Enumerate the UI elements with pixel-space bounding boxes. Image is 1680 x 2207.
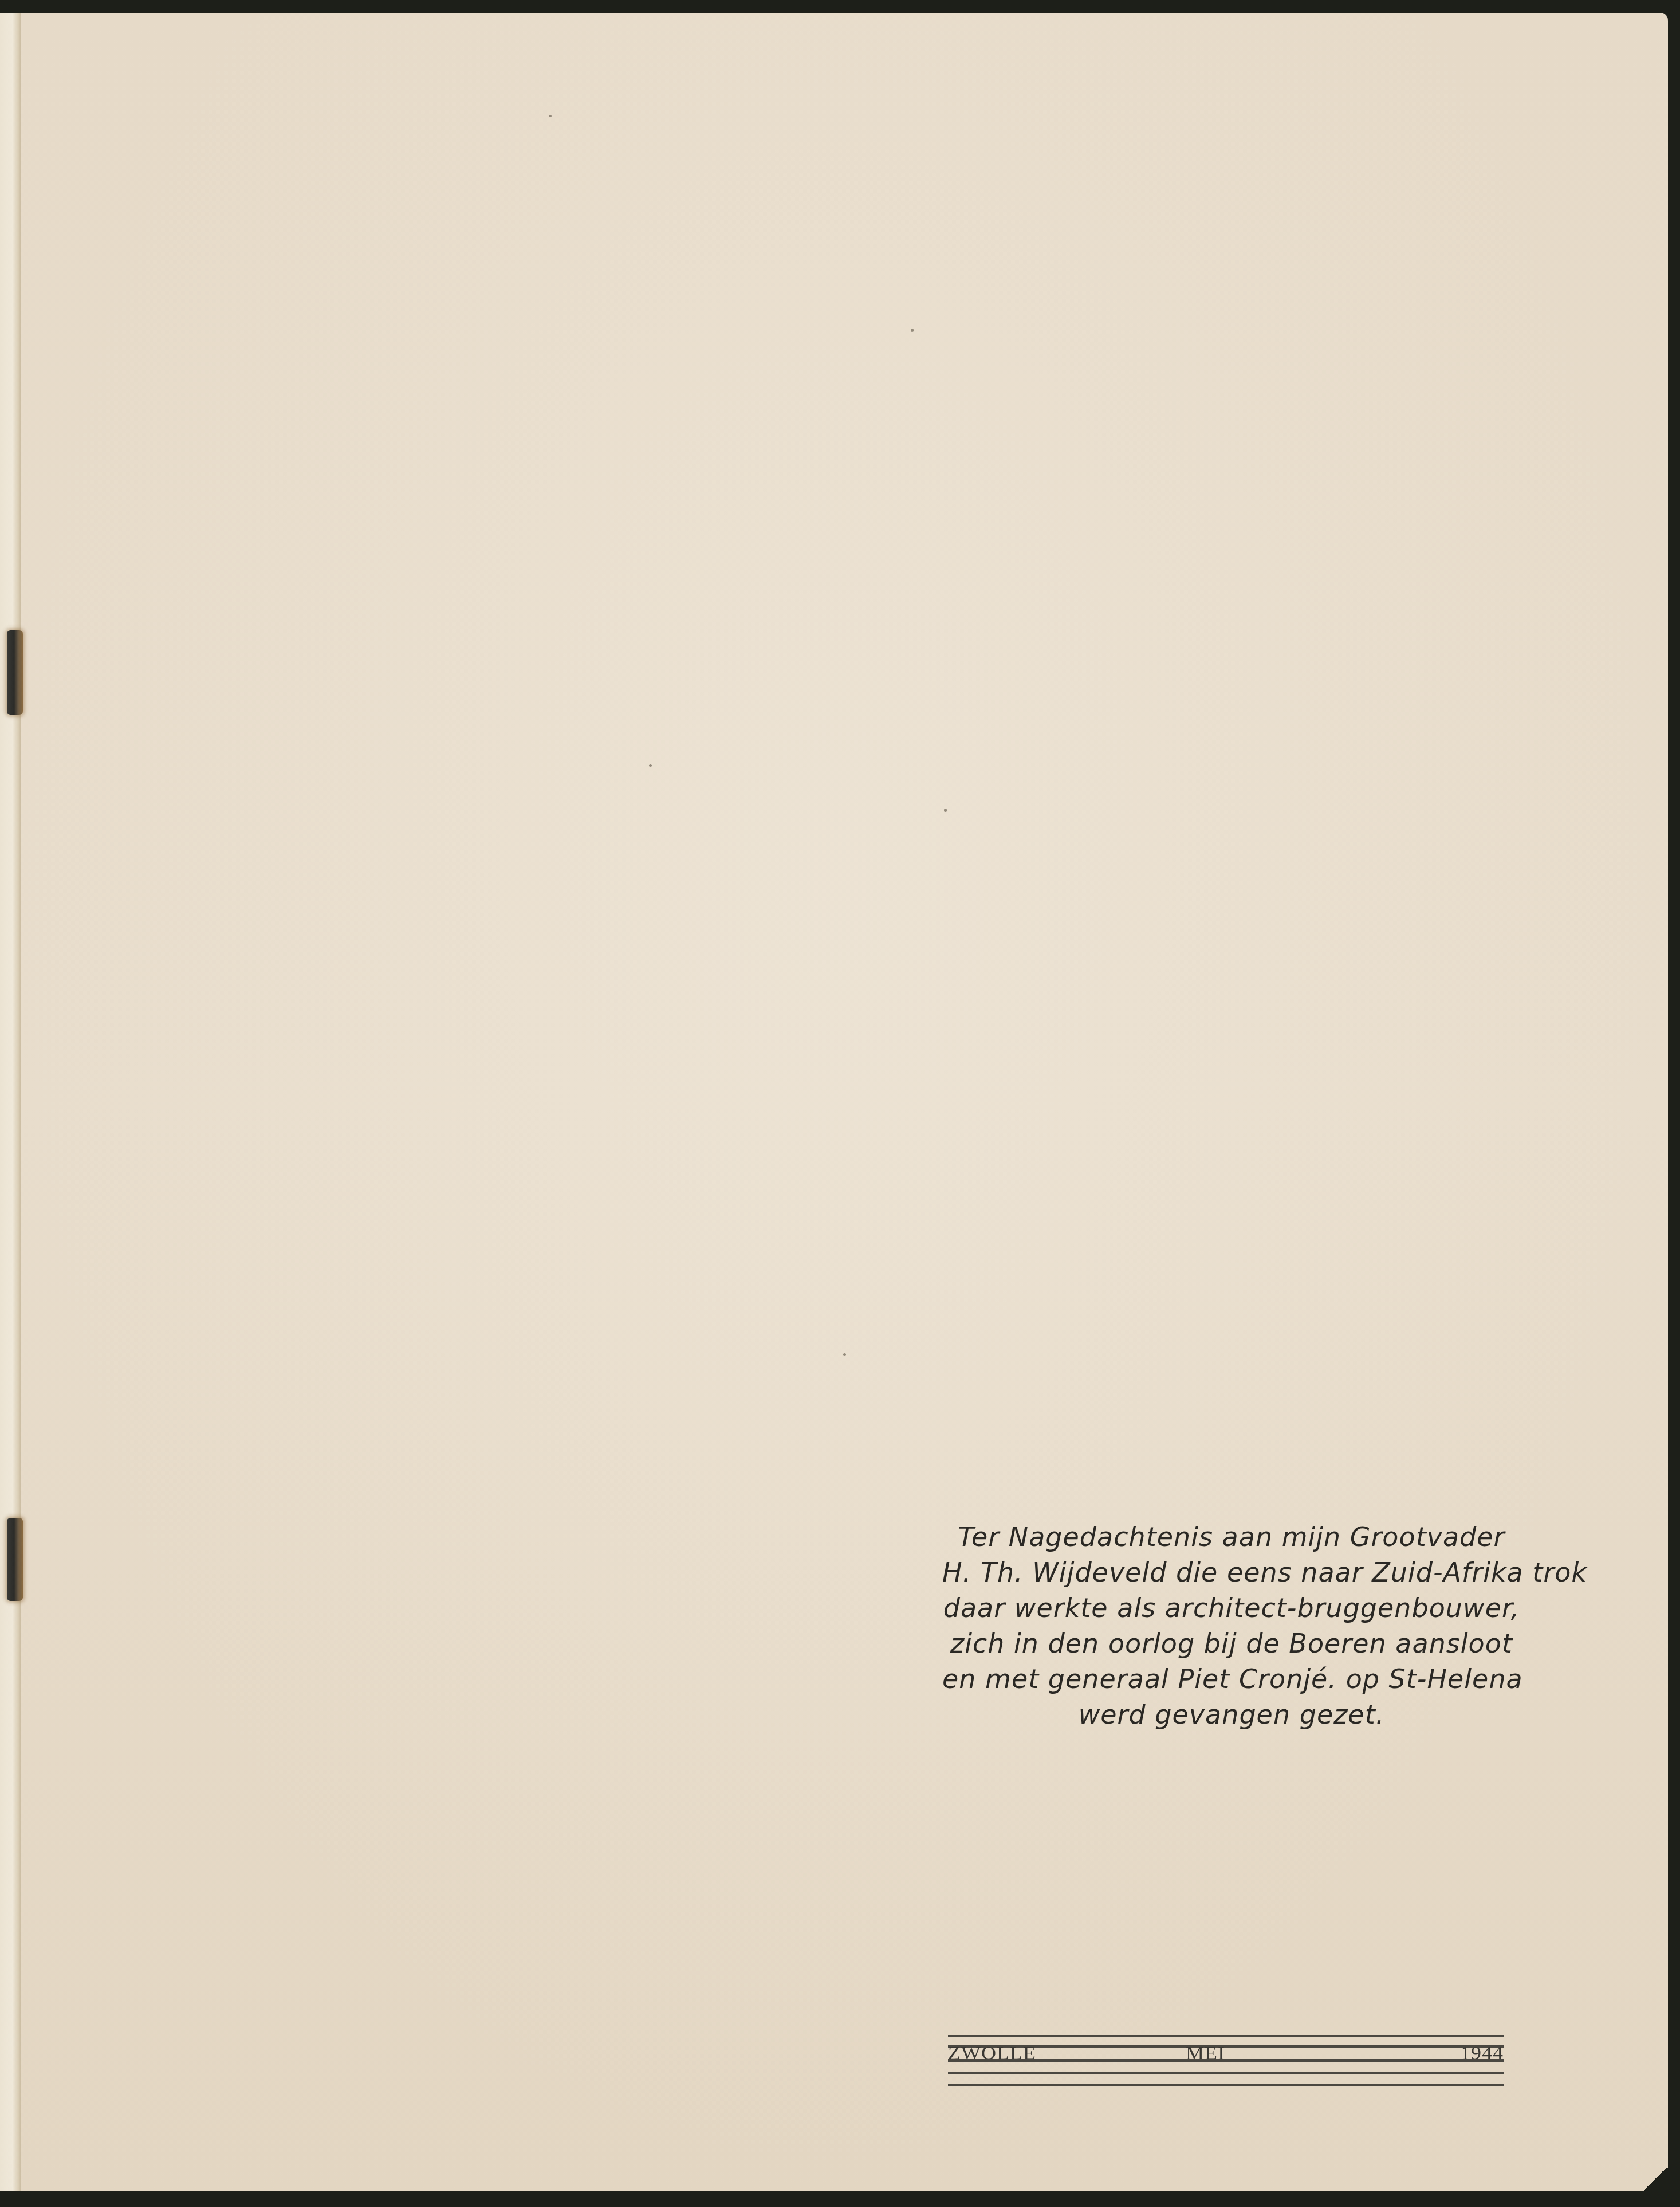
colophon: ZWOLLE MEI 1944	[948, 2035, 1504, 2090]
binding-spine	[0, 13, 21, 2191]
staple-icon	[7, 630, 23, 715]
paper-speck	[843, 1353, 846, 1356]
dedication-line: en met generaal Piet Cronjé. op St-Helen…	[942, 1661, 1521, 1697]
dedication-line: zich in den oorlog bij de Boeren aansloo…	[942, 1626, 1521, 1661]
dedication-line: daar werkte als architect-bruggenbouwer,	[942, 1590, 1521, 1626]
colophon-year: 1944	[1460, 2047, 1504, 2060]
document-page: Ter Nagedachtenis aan mijn Grootvader H.…	[0, 13, 1668, 2191]
folded-corner	[1642, 2168, 1668, 2191]
paper-speck	[549, 115, 552, 117]
rule-line	[948, 2084, 1504, 2086]
colophon-city: ZWOLLE	[948, 2047, 1036, 2060]
dedication-line: Ter Nagedachtenis aan mijn Grootvader	[942, 1519, 1521, 1555]
staple-icon	[7, 1518, 23, 1601]
paper-speck	[911, 329, 914, 332]
dedication-line: werd gevangen gezet.	[942, 1697, 1521, 1732]
colophon-month: MEI	[1186, 2047, 1225, 2060]
paper-speck	[944, 809, 947, 812]
rule-line	[948, 2072, 1504, 2074]
dedication-line: H. Th. Wijdeveld die eens naar Zuid-Afri…	[942, 1555, 1521, 1590]
rule-line	[948, 2035, 1504, 2037]
paper-speck	[649, 764, 652, 767]
dedication-text: Ter Nagedachtenis aan mijn Grootvader H.…	[942, 1519, 1521, 1732]
